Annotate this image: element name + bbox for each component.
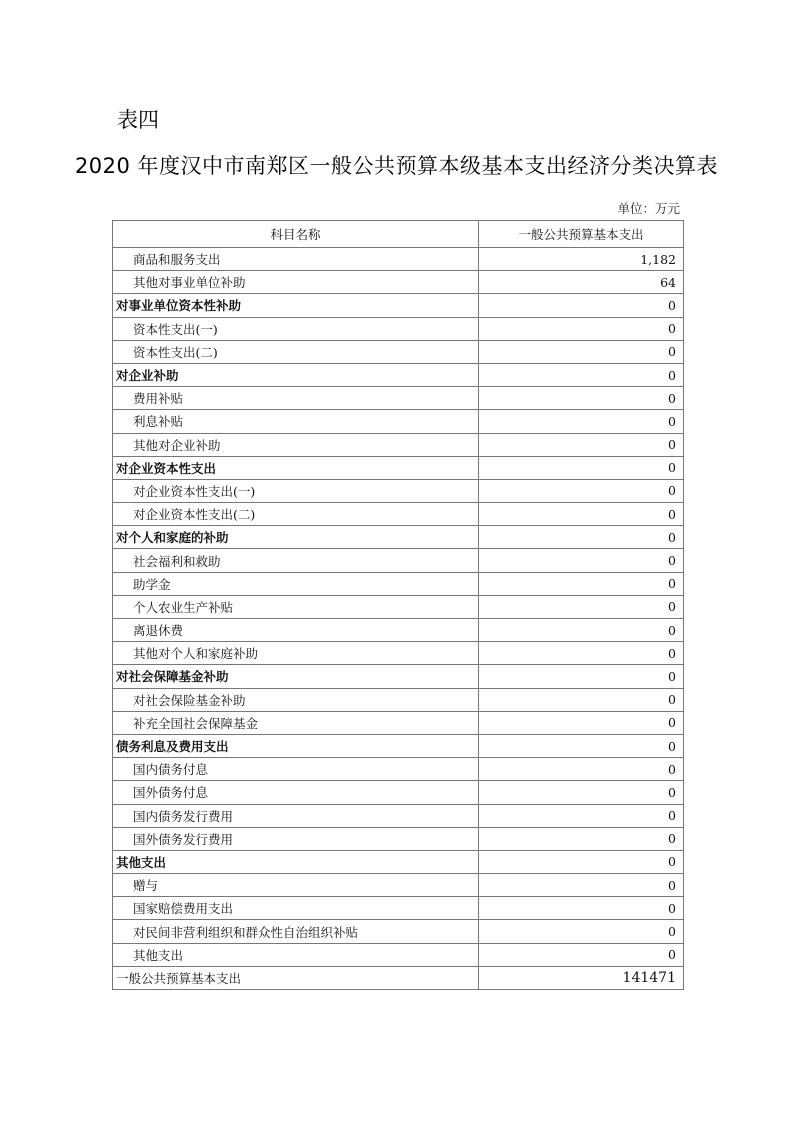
table-row: 其他对事业单位补助64: [113, 271, 684, 294]
row-item-name: 对企业资本性支出: [113, 456, 479, 479]
row-item-value: 141471: [479, 966, 684, 989]
table-row: 对社会保障基金补助0: [113, 665, 684, 688]
row-item-name: 利息补贴: [113, 410, 479, 433]
table-row: 国外债务发行费用0: [113, 827, 684, 850]
row-item-value: 0: [479, 688, 684, 711]
row-item-name: 对社会保险基金补助: [113, 688, 479, 711]
row-item-name: 其他对事业单位补助: [113, 271, 479, 294]
row-item-name: 债务利息及费用支出: [113, 734, 479, 757]
row-item-value: 0: [479, 572, 684, 595]
row-item-value: 0: [479, 479, 684, 502]
row-item-value: 0: [479, 387, 684, 410]
table-row: 其他支出0: [113, 943, 684, 966]
row-item-name: 其他支出: [113, 943, 479, 966]
row-item-value: 0: [479, 433, 684, 456]
row-item-name: 资本性支出(二): [113, 340, 479, 363]
table-row: 对企业资本性支出(二)0: [113, 503, 684, 526]
row-item-value: 0: [479, 340, 684, 363]
row-item-value: 0: [479, 363, 684, 386]
table-row: 对民间非营利组织和群众性自治组织补贴0: [113, 920, 684, 943]
column-header-basic-expenditure: 一般公共预算基本支出: [479, 221, 684, 248]
table-body: 商品和服务支出1,182其他对事业单位补助64对事业单位资本性补助0资本性支出(…: [113, 248, 684, 990]
expenditure-table: 科目名称 一般公共预算基本支出 商品和服务支出1,182其他对事业单位补助64对…: [112, 220, 684, 990]
table-row: 利息补贴0: [113, 410, 684, 433]
row-item-value: 0: [479, 734, 684, 757]
row-item-name: 国家赔偿费用支出: [113, 897, 479, 920]
row-item-name: 其他对企业补助: [113, 433, 479, 456]
row-item-name: 对企业资本性支出(二): [113, 503, 479, 526]
row-item-name: 对社会保障基金补助: [113, 665, 479, 688]
table-row: 其他支出0: [113, 850, 684, 873]
table-row: 助学金0: [113, 572, 684, 595]
table-row: 费用补贴0: [113, 387, 684, 410]
table-row: 社会福利和救助0: [113, 549, 684, 572]
table-row: 对企业资本性支出(一)0: [113, 479, 684, 502]
table-row: 对企业补助0: [113, 363, 684, 386]
row-item-name: 国内债务发行费用: [113, 804, 479, 827]
row-item-value: 0: [479, 665, 684, 688]
row-item-value: 0: [479, 642, 684, 665]
table-row: 其他对企业补助0: [113, 433, 684, 456]
row-item-name: 对企业资本性支出(一): [113, 479, 479, 502]
table-row: 个人农业生产补贴0: [113, 595, 684, 618]
table-number-label: 表四: [117, 104, 159, 134]
table-row: 国家赔偿费用支出0: [113, 897, 684, 920]
table-row: 一般公共预算基本支出141471: [113, 966, 684, 989]
row-item-value: 0: [479, 549, 684, 572]
row-item-name: 个人农业生产补贴: [113, 595, 479, 618]
row-item-name: 赠与: [113, 874, 479, 897]
column-header-item-name: 科目名称: [113, 221, 479, 248]
table-row: 离退休费0: [113, 619, 684, 642]
row-item-value: 0: [479, 711, 684, 734]
row-item-name: 商品和服务支出: [113, 248, 479, 271]
row-item-name: 一般公共预算基本支出: [113, 966, 479, 989]
row-item-value: 0: [479, 920, 684, 943]
row-item-name: 国内债务付息: [113, 758, 479, 781]
row-item-name: 其他支出: [113, 850, 479, 873]
row-item-value: 0: [479, 456, 684, 479]
row-item-value: 0: [479, 526, 684, 549]
table-header-row: 科目名称 一般公共预算基本支出: [113, 221, 684, 248]
row-item-name: 其他对个人和家庭补助: [113, 642, 479, 665]
row-item-name: 资本性支出(一): [113, 317, 479, 340]
table-row: 国内债务付息0: [113, 758, 684, 781]
row-item-value: 0: [479, 850, 684, 873]
row-item-name: 对民间非营利组织和群众性自治组织补贴: [113, 920, 479, 943]
row-item-value: 64: [479, 271, 684, 294]
row-item-name: 对事业单位资本性补助: [113, 294, 479, 317]
table-row: 对个人和家庭的补助0: [113, 526, 684, 549]
row-item-value: 0: [479, 317, 684, 340]
row-item-value: 0: [479, 804, 684, 827]
row-item-value: 0: [479, 410, 684, 433]
table-row: 其他对个人和家庭补助0: [113, 642, 684, 665]
row-item-value: 0: [479, 874, 684, 897]
row-item-value: 0: [479, 294, 684, 317]
table-row: 资本性支出(一)0: [113, 317, 684, 340]
table-row: 商品和服务支出1,182: [113, 248, 684, 271]
row-item-value: 0: [479, 595, 684, 618]
row-item-value: 0: [479, 758, 684, 781]
table-row: 资本性支出(二)0: [113, 340, 684, 363]
unit-label: 单位：万元: [617, 199, 680, 217]
row-item-name: 补充全国社会保障基金: [113, 711, 479, 734]
row-item-value: 0: [479, 619, 684, 642]
row-item-name: 对个人和家庭的补助: [113, 526, 479, 549]
row-item-name: 社会福利和救助: [113, 549, 479, 572]
table-row: 对事业单位资本性补助0: [113, 294, 684, 317]
row-item-name: 离退休费: [113, 619, 479, 642]
table-row: 对企业资本性支出0: [113, 456, 684, 479]
row-item-value: 0: [479, 781, 684, 804]
table-row: 补充全国社会保障基金0: [113, 711, 684, 734]
table-row: 赠与0: [113, 874, 684, 897]
row-item-value: 0: [479, 897, 684, 920]
row-item-value: 0: [479, 827, 684, 850]
row-item-name: 国外债务发行费用: [113, 827, 479, 850]
table-row: 债务利息及费用支出0: [113, 734, 684, 757]
row-item-value: 0: [479, 503, 684, 526]
row-item-name: 对企业补助: [113, 363, 479, 386]
document-title: 2020 年度汉中市南郑区一般公共预算本级基本支出经济分类决算表: [0, 150, 793, 180]
table-row: 国外债务付息0: [113, 781, 684, 804]
table-row: 对社会保险基金补助0: [113, 688, 684, 711]
row-item-name: 助学金: [113, 572, 479, 595]
table-row: 国内债务发行费用0: [113, 804, 684, 827]
row-item-name: 费用补贴: [113, 387, 479, 410]
row-item-value: 1,182: [479, 248, 684, 271]
row-item-value: 0: [479, 943, 684, 966]
row-item-name: 国外债务付息: [113, 781, 479, 804]
